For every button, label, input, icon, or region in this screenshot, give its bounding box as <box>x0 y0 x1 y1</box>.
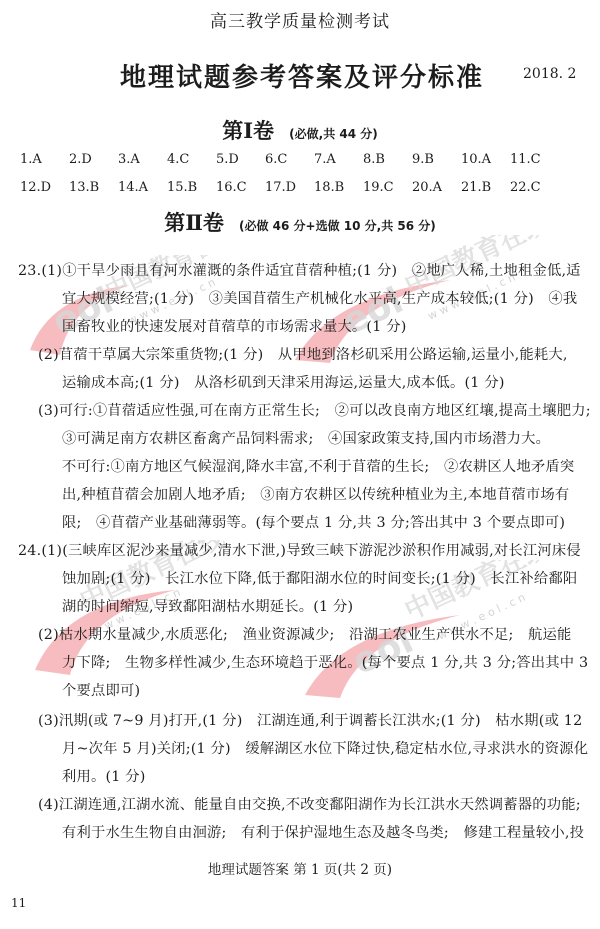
answer: 15.B <box>167 180 216 195</box>
answer: 10.A <box>461 152 510 167</box>
answer-line: 宜大规模经营;(1 分) ③美国苜蓿生产机械化水平高,生产成本较低;(1 分) … <box>62 288 577 308</box>
answer: 21.B <box>461 180 510 195</box>
section-1-title: 第Ⅰ卷 <box>222 118 274 143</box>
answer: 2.D <box>69 152 118 167</box>
answer-line: 24.(1)(三峡库区泥沙来量减少,清水下泄,)导致三峡下游泥沙淤积作用减弱,对… <box>18 540 581 560</box>
answer-line: 23.(1)①干旱少雨且有河水灌溉的条件适宜苜蓿种植;(1 分) ②地广人稀,土… <box>18 260 581 280</box>
answer-line: 国畜牧业的快速发展对苜蓿草的市场需求量大。(1 分) <box>62 316 407 336</box>
answer: 13.B <box>69 180 118 195</box>
answer: 1.A <box>20 152 69 167</box>
answer: 4.C <box>167 152 216 167</box>
answer-line: (3)可行:①苜蓿适应性强,可在南方正常生长; ②可以改良南方地区红壤,提高土壤… <box>38 400 591 420</box>
answer: 14.A <box>118 180 167 195</box>
section-2-heading: 第Ⅱ卷 (必做 46 分+选做 10 分,共 56 分) <box>0 207 600 237</box>
answer-line: 湖的时间缩短,导致鄱阳湖枯水期延长。(1 分) <box>62 596 353 616</box>
answer-line: (3)汛期(或 7~9 月)打开,(1 分) 江湖连通,利于调蓄长江洪水;(1 … <box>38 710 582 730</box>
answer: 18.B <box>314 180 363 195</box>
answer-line: 运输成本高;(1 分) 从洛杉矶到天津采用海运,运量大,成本低。(1 分) <box>62 372 505 392</box>
answer-line: 不可行:①南方地区气候湿润,降水丰富,不利于苜蓿的生长; ②农耕区人地矛盾突 <box>62 456 574 476</box>
answers-row-1: 1.A 2.D 3.A 4.C 5.D 6.C 7.A 8.B 9.B 10.A… <box>20 152 559 167</box>
answer-line: 月~次年 5 月)关闭;(1 分) 缓解湖区水位下降过快,稳定枯水位,寻求洪水的… <box>62 738 588 758</box>
answer: 7.A <box>314 152 363 167</box>
answer: 9.B <box>412 152 461 167</box>
answer: 22.C <box>510 180 559 195</box>
section-2-note: (必做 46 分+选做 10 分,共 56 分) <box>239 219 436 233</box>
answer-line: 有利于水生生物自由洄游; 有利于保护湿地生态及越冬鸟类; 修建工程量较小,投 <box>62 822 584 842</box>
answer-line: (2)枯水期水量减少,水质恶化; 渔业资源减少; 沿湖工农业生产供水不足; 航运… <box>38 624 572 644</box>
section-1-heading: 第Ⅰ卷 (必做,共 44 分) <box>0 115 600 145</box>
answer: 11.C <box>510 152 559 167</box>
answer: 17.D <box>265 180 314 195</box>
answer-line: (2)苜蓿干草属大宗笨重货物;(1 分) 从甲地到洛杉矶采用公路运输,运量小,能… <box>38 344 568 364</box>
answer-line: 蚀加剧;(1 分) 长江水位下降,低于鄱阳湖水位的时间变长;(1 分) 长江补给… <box>62 568 577 588</box>
answer-line: 力下降; 生物多样性减少,生态环境趋于恶化。(每个要点 1 分,共 3 分;答出… <box>62 652 588 672</box>
answer: 12.D <box>20 180 69 195</box>
answer: 5.D <box>216 152 265 167</box>
page-footer: 地理试题答案 第 1 页(共 2 页) <box>0 858 600 878</box>
answer-line: 个要点即可) <box>62 680 140 700</box>
answer-line: ③可满足南方农耕区畜禽产品饲料需求; ④国家政策支持,国内市场潜力大。 <box>62 428 550 448</box>
page-number: 11 <box>11 896 26 910</box>
answer-line: (4)江湖连通,江湖水流、能量自由交换,不改变鄱阳湖作为长江洪水天然调蓄器的功能… <box>38 794 581 814</box>
answer: 16.C <box>216 180 265 195</box>
document-date: 2018. 2 <box>523 66 576 82</box>
section-2-title: 第Ⅱ卷 <box>164 210 224 235</box>
answer: 8.B <box>363 152 412 167</box>
answers-row-2: 12.D 13.B 14.A 15.B 16.C 17.D 18.B 19.C … <box>20 180 559 195</box>
answer: 20.A <box>412 180 461 195</box>
answer: 6.C <box>265 152 314 167</box>
answer-line: 出,种植苜蓿会加剧人地矛盾; ③南方农耕区以传统种植业为主,本地苜蓿市场有 <box>62 484 569 504</box>
document-title: 地理试题参考答案及评分标准 <box>120 57 484 94</box>
section-1-note: (必做,共 44 分) <box>289 127 378 141</box>
answer-line: 利用。(1 分) <box>62 766 146 786</box>
exam-title: 高三教学质量检测考试 <box>0 7 600 32</box>
answer: 19.C <box>363 180 412 195</box>
answer: 3.A <box>118 152 167 167</box>
answer-line: 限; ④苜蓿产业基础薄弱等。(每个要点 1 分,共 3 分;答出其中 3 个要点… <box>62 512 565 532</box>
